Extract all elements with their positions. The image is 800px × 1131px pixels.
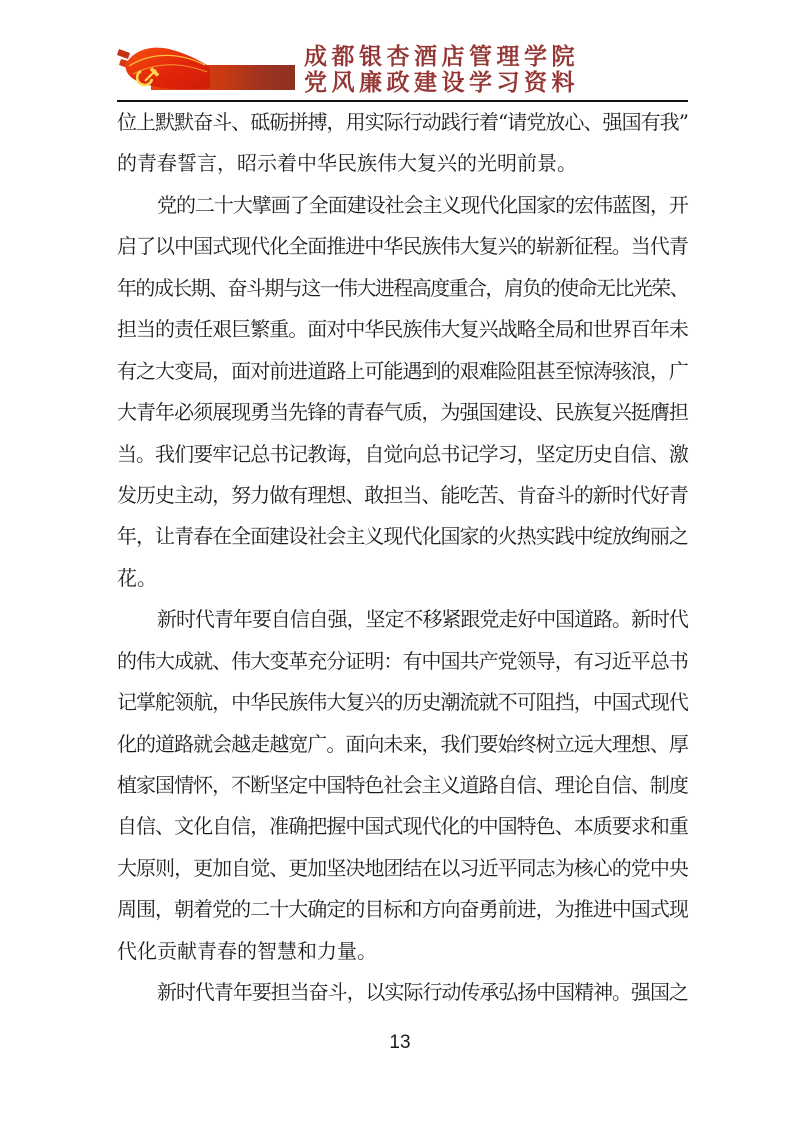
text-line: 年，让青春在全面建设社会主义现代化国家的火热实践中绽放绚丽之 <box>117 516 688 557</box>
header-title: 成都银杏酒店管理学院 党风廉政建设学习资料 <box>304 44 579 96</box>
document-body: 位上默默奋斗、砥砺拼搏，用实际行动践行着“请党放心、强国有我” 的青春誓言，昭示… <box>117 102 688 1014</box>
text-line: 大原则，更加自觉、更加坚决地团结在以习近平同志为核心的党中央 <box>117 848 688 889</box>
text-line: 的伟大成就、伟大变革充分证明：有中国共产党领导，有习近平总书 <box>117 641 688 682</box>
text-line: 当。我们要牢记总书记教诲，自觉向总书记学习，坚定历史自信、激 <box>117 434 688 475</box>
text-line: 新时代青年要担当奋斗，以实际行动传承弘扬中国精神。强国之 <box>117 972 688 1013</box>
text-line: 代化贡献青春的智慧和力量。 <box>117 931 688 972</box>
text-line: 化的道路就会越走越宽广。面向未来，我们要始终树立远大理想、厚 <box>117 724 688 765</box>
text-line: 有之大变局，面对前进道路上可能遇到的艰难险阻甚至惊涛骇浪，广 <box>117 351 688 392</box>
text-line: 年的成长期、奋斗期与这一伟大进程高度重合，肩负的使命无比光荣、 <box>117 268 688 309</box>
text-line: 担当的责任艰巨繁重。面对中华民族伟大复兴战略全局和世界百年未 <box>117 309 688 350</box>
header-title-line1: 成都银杏酒店管理学院 <box>304 44 579 70</box>
text-line: 党的二十大擘画了全面建设社会主义现代化国家的宏伟蓝图，开 <box>117 185 688 226</box>
page-number: 13 <box>0 1032 800 1054</box>
text-line: 植家国情怀，不断坚定中国特色社会主义道路自信、理论自信、制度 <box>117 765 688 806</box>
text-line: 花。 <box>117 558 688 599</box>
party-flag-logo-icon <box>117 44 295 92</box>
text-line: 发历史主动，努力做有理想、敢担当、能吃苦、肯奋斗的新时代好青 <box>117 475 688 516</box>
text-line: 的青春誓言，昭示着中华民族伟大复兴的光明前景。 <box>117 143 688 184</box>
text-line: 位上默默奋斗、砥砺拼搏，用实际行动践行着“请党放心、强国有我” <box>117 102 688 143</box>
text-line: 记掌舵领航，中华民族伟大复兴的历史潮流就不可阻挡，中国式现代 <box>117 682 688 723</box>
text-line: 周围，朝着党的二十大确定的目标和方向奋勇前进，为推进中国式现 <box>117 889 688 930</box>
document-page: 成都银杏酒店管理学院 党风廉政建设学习资料 位上默默奋斗、砥砺拼搏，用实际行动践… <box>0 0 800 1131</box>
text-line: 新时代青年要自信自强，坚定不移紧跟党走好中国道路。新时代 <box>117 599 688 640</box>
text-line: 大青年必须展现勇当先锋的青春气质，为强国建设、民族复兴挺膺担 <box>117 392 688 433</box>
text-line: 启了以中国式现代化全面推进中华民族伟大复兴的崭新征程。当代青 <box>117 226 688 267</box>
text-line: 自信、文化自信，准确把握中国式现代化的中国特色、本质要求和重 <box>117 806 688 847</box>
header-title-line2: 党风廉政建设学习资料 <box>304 70 579 96</box>
